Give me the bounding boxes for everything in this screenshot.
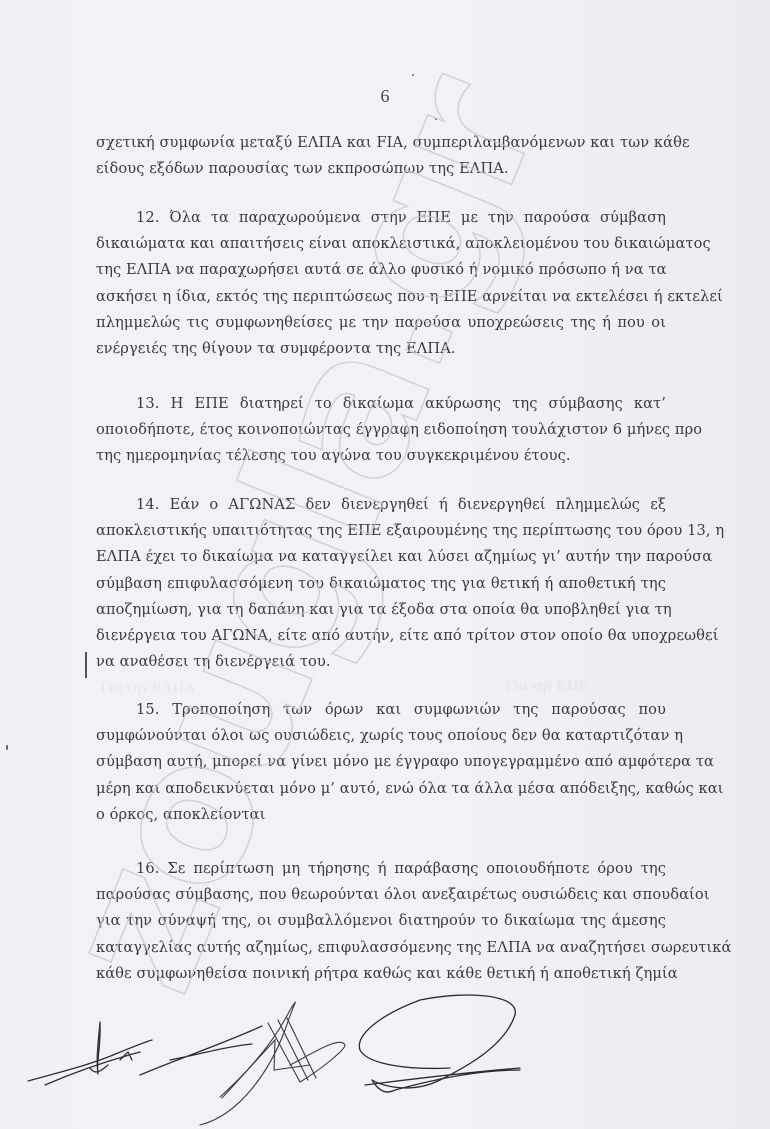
text-line: συμφώνούνται όλοι ως ουσιώδεις, χωρίς το…	[96, 725, 666, 746]
text-line: της ημερομηνίας τέλεσης του αγώνα του συ…	[96, 445, 666, 466]
signature-1	[28, 1022, 262, 1085]
text-line: οποιοδήποτε, έτος κοινοποιώντας έγγραφη …	[96, 419, 666, 440]
text-line: σύμβαση αυτή, μπορεί να γίνει μόνο με έγ…	[96, 751, 666, 772]
scan-speck	[412, 74, 414, 76]
bleed-through-left: Για την ΕΛΠΑ	[100, 680, 195, 697]
margin-mark	[85, 652, 87, 678]
text-line: ενέργειές της θίγουν τα συμφέροντα της Ε…	[96, 338, 666, 359]
text-line: είδους εξόδων παρουσίας των εκπροσώπων τ…	[96, 158, 666, 179]
text-line: για την σύναψή της, οι συμβαλλόμενοι δια…	[96, 910, 666, 931]
text-line: 15. Τροποποίηση των όρων και συμφωνιών τ…	[136, 699, 666, 720]
text-line: σχετική συμφωνία μεταξύ ΕΛΠΑ και FIA, συ…	[96, 132, 666, 153]
text-line: δικαιώματα και απαιτήσεις είναι αποκλεισ…	[96, 233, 666, 254]
text-line: ο όρκος, αποκλείονται	[96, 804, 666, 825]
scanned-page: Για την ΕΛΠΑ Για την ΕΠΕ 6 σχετική συμφω…	[0, 0, 770, 1129]
scan-speck	[435, 118, 437, 120]
text-line: της ΕΛΠΑ να παραχωρήσει αυτά σε άλλο φυσ…	[96, 259, 666, 280]
text-line: παρούσας σύμβασης, που θεωρούνται όλοι α…	[96, 884, 666, 905]
bleed-through-right: Για την ΕΠΕ	[505, 678, 588, 695]
text-line: μέρη και αποδεικνύεται μόνο μ’ αυτό, ενώ…	[96, 778, 666, 799]
text-line: αποκλειστικής υπαιτιότητας της ΕΠΕ εξαιρ…	[96, 520, 666, 541]
text-line: πλημμελώς τις συμφωνηθείσες με την παρού…	[96, 312, 666, 333]
text-line: 12. Όλα τα παραχωρούμενα στην ΕΠΕ με την…	[136, 207, 666, 228]
text-line: 16. Σε περίπτωση μη τήρησης ή παράβασης …	[136, 858, 666, 879]
text-line: καταγγελίας αυτής αζημίως, επιφυλασσόμεν…	[96, 937, 666, 958]
signature-2	[200, 1002, 345, 1125]
text-line: ασκήσει η ίδια, εκτός της περιπτώσεως πο…	[96, 286, 666, 307]
text-line: 14. Εάν ο ΑΓΩΝΑΣ δεν διενεργηθεί ή διενε…	[136, 494, 666, 515]
text-line: ΕΛΠΑ έχει το δικαίωμα να καταγγείλει και…	[96, 546, 666, 567]
text-line: κάθε συμφωνηθείσα ποινική ρήτρα καθώς κα…	[96, 963, 666, 984]
text-line: αποζημίωση, για τη δαπάνη και για τα έξο…	[96, 599, 666, 620]
text-line: να αναθέσει τη διενέργειά του.	[96, 651, 666, 672]
signatures	[0, 990, 770, 1129]
text-line: διενέργεια του ΑΓΩΝΑ, είτε από αυτήν, εί…	[96, 625, 666, 646]
scan-speck	[6, 745, 8, 750]
page-number: 6	[0, 86, 770, 107]
signature-3	[359, 995, 520, 1092]
text-line: 13. Η ΕΠΕ διατηρεί το δικαίωμα ακύρωσης …	[136, 393, 666, 414]
text-line: σύμβαση επιφυλασσόμενη του δικαιώματος τ…	[96, 573, 666, 594]
